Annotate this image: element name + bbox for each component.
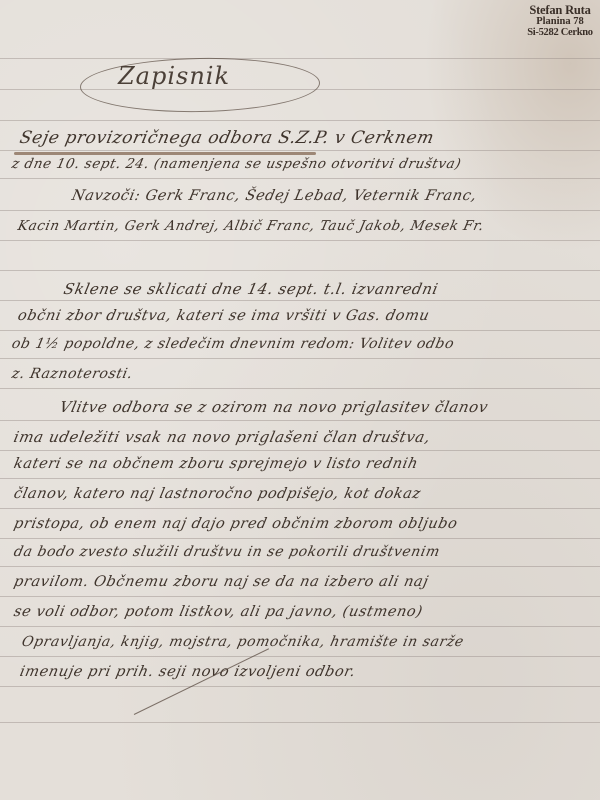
stamp-name: Stefan Ruta (514, 5, 600, 16)
stamp-street: Planina 78 (514, 16, 600, 27)
ruled-line (0, 330, 600, 331)
ruled-line (0, 210, 600, 211)
ruled-line (0, 686, 600, 687)
para2-line-1: Vlitve odbora se z ozirom na novo prigla… (58, 398, 490, 416)
heading-line-1: Seje provizoričnega odbora S.Z.P. v Cerk… (18, 128, 436, 148)
para2-line-4: članov, katero naj lastnoročno podpišejo… (12, 486, 422, 502)
address-stamp: Stefan Ruta Planina 78 Si-5282 Cerkno (514, 5, 600, 38)
stamp-postcode-city: Si-5282 Cerkno (514, 27, 600, 38)
heading-line-2: z dne 10. sept. 24. (namenjena se uspešn… (10, 156, 463, 172)
para2-line-7: pravilom. Občnemu zboru naj se da na izb… (12, 574, 430, 590)
ruled-line (0, 656, 600, 657)
ruled-line (0, 270, 600, 271)
ruled-line (0, 566, 600, 567)
ruled-line (0, 478, 600, 479)
para2-line-3: kateri se na občnem zboru sprejmejo v li… (12, 456, 419, 472)
closing-pen-stroke (134, 648, 269, 715)
scanned-document-page: Stefan Ruta Planina 78 Si-5282 Cerkno Za… (0, 0, 600, 800)
para2-line-9: Opravljanja, knjig, mojstra, pomočnika, … (20, 634, 465, 650)
para1-line-1: Sklene se sklicati dne 14. sept. t.l. iz… (62, 280, 440, 298)
ruled-line (0, 240, 600, 241)
ruled-line (0, 150, 600, 151)
ruled-line (0, 178, 600, 179)
heading-underline (14, 152, 316, 155)
para1-line-3: ob 1½ popoldne, z sledečim dnevnim redom… (10, 336, 456, 352)
para2-line-5: pristopa, ob enem naj dajo pred občnim z… (12, 516, 459, 532)
ruled-line (0, 120, 600, 121)
para1-line-4: z. Raznoterosti. (10, 366, 134, 382)
attendance-line-2: Kacin Martin, Gerk Andrej, Albič Franc, … (16, 218, 485, 234)
ruled-line (0, 596, 600, 597)
document-title: Zapisnik (118, 62, 230, 90)
ruled-line (0, 450, 600, 451)
para2-line-2: ima udeležiti vsak na novo priglašeni čl… (12, 428, 432, 446)
ruled-line (0, 722, 600, 723)
para1-line-2: občni zbor društva, kateri se ima vršiti… (16, 308, 431, 324)
ruled-line (0, 538, 600, 539)
ruled-line (0, 420, 600, 421)
ruled-line (0, 626, 600, 627)
ruled-line (0, 300, 600, 301)
para2-line-8: se voli odbor, potom listkov, ali pa jav… (12, 604, 424, 620)
ruled-line (0, 388, 600, 389)
attendance-line-1: Navzoči: Gerk Franc, Šedej Lebad, Vetern… (70, 188, 478, 204)
para2-line-10: imenuje pri prih. seji novo izvoljeni od… (18, 664, 357, 680)
para2-line-6: da bodo zvesto služili društvu in se pok… (12, 544, 441, 560)
ruled-line (0, 358, 600, 359)
ruled-line (0, 508, 600, 509)
ruled-line (0, 58, 600, 59)
